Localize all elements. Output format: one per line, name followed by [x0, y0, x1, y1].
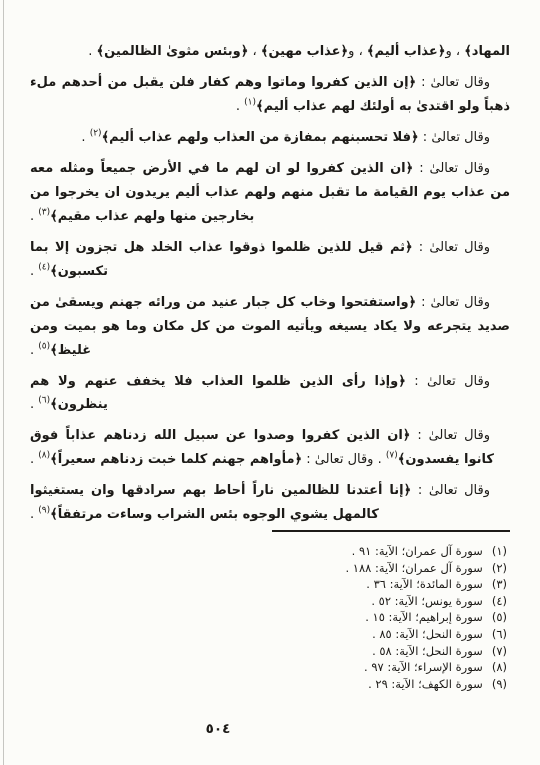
narration-text: ، و	[348, 44, 367, 59]
quran-quote: ﴿وإذا رأى الذين ظلموا العذاب فلا يخفف عن…	[30, 374, 406, 389]
quran-quote: ذهباً ولو اقتدىٰ به أولئك لهم عذاب أليم﴾	[256, 99, 510, 114]
footnote-marker: (١)	[492, 543, 507, 560]
narration-text: ، و	[445, 44, 464, 59]
footnote-marker: (٩)	[492, 676, 507, 693]
footnote-item: (٨)سورة الإسراء؛ الآية: ٩٧ .	[30, 659, 507, 676]
body-text: المهاد﴾ ، و﴿عذاب أليم﴾ ، و﴿عذاب مهين﴾ ، …	[30, 40, 510, 526]
quran-quote: كانوا يفسدون﴾	[398, 452, 494, 467]
body-line: من عذاب يوم القيامة ما تقبل منهم ولهم عذ…	[30, 181, 510, 205]
quran-quote: ينظرون﴾	[50, 397, 108, 412]
quran-quote: بخارجين منها ولهم عذاب مقيم﴾	[50, 209, 254, 224]
body-line: غليظ﴾(٥) .	[30, 339, 510, 362]
narration-text: .	[88, 44, 96, 59]
book-page: المهاد﴾ ، و﴿عذاب أليم﴾ ، و﴿عذاب مهين﴾ ، …	[0, 0, 540, 765]
body-line: وقال تعالىٰ : ﴿ثم قيل للذين ظلموا ذوقوا …	[30, 236, 510, 260]
footnote-ref: (٦)	[38, 396, 50, 406]
narration-text: .	[373, 452, 385, 467]
page-number: ٥٠٤	[0, 721, 436, 737]
footnote-marker: (٢)	[492, 560, 507, 577]
narration-text: وقال تعالىٰ :	[302, 452, 373, 467]
narration-text: وقال تعالىٰ :	[413, 240, 490, 255]
quran-quote: تكسبون﴾	[50, 264, 108, 279]
narration-text: ،	[248, 44, 260, 59]
quran-quote: ﴿وبئس مثوىٰ الظالمين﴾	[97, 44, 249, 59]
body-line: تكسبون﴾(٤) .	[30, 260, 510, 283]
footnote-text: سورة آل عمران؛ الآية: ١٨٨ .	[345, 561, 482, 575]
footnote-text: سورة المائدة؛ الآية: ٣٦ .	[366, 577, 483, 591]
body-line: وقال تعالىٰ : ﴿فلا تحسبنهم بمفازة من الع…	[30, 126, 510, 149]
body-line: بخارجين منها ولهم عذاب مقيم﴾(٣) .	[30, 205, 510, 228]
narration-text: .	[236, 99, 244, 114]
quran-quote: كالمهل يشوي الوجوه بئس الشراب وساءت مرتف…	[50, 507, 379, 522]
body-line: وقال تعالىٰ : ﴿واستفتحوا وخاب كل جبار عن…	[30, 291, 510, 315]
footnote-item: (٩)سورة الكهف؛ الآية: ٢٩ .	[30, 676, 507, 693]
footnote-marker: (٣)	[492, 576, 507, 593]
footnote-marker: (٦)	[492, 626, 507, 643]
footnote-text: سورة الإسراء؛ الآية: ٩٧ .	[364, 660, 483, 674]
footnote-ref: (٣)	[38, 208, 50, 218]
body-line: صديد يتجرعه ولا يكاد يسيغه ويأتيه الموت …	[30, 315, 510, 339]
body-line: وقال تعالىٰ : ﴿إن الذين كفروا وماتوا وهم…	[30, 71, 510, 95]
quran-quote: ﴿عذاب مهين﴾	[261, 44, 348, 59]
quran-quote: ﴿عذاب أليم﴾	[367, 44, 446, 59]
narration-text: وقال تعالىٰ :	[406, 374, 490, 389]
footnote-marker: (٨)	[492, 659, 507, 676]
body-line: المهاد﴾ ، و﴿عذاب أليم﴾ ، و﴿عذاب مهين﴾ ، …	[30, 40, 510, 63]
footnote-ref: (٩)	[38, 506, 50, 516]
footnote-ref: (٨)	[38, 451, 50, 461]
footnote-text: سورة آل عمران؛ الآية: ٩١ .	[352, 544, 483, 558]
footnote-ref: (٥)	[38, 342, 50, 352]
footnote-ref: (١)	[244, 98, 256, 108]
footnote-ref: (٢)	[90, 129, 102, 139]
footnote-marker: (٤)	[492, 593, 507, 610]
footnote-item: (٢)سورة آل عمران؛ الآية: ١٨٨ .	[30, 560, 507, 577]
quran-quote: ﴿مأواهم جهنم كلما خبت زدناهم سعيراً﴾	[50, 452, 302, 467]
narration-text: وقال تعالىٰ :	[416, 295, 490, 310]
footnote-text: سورة يونس؛ الآية: ٥٢ .	[371, 594, 482, 608]
footnotes: (١)سورة آل عمران؛ الآية: ٩١ .(٢)سورة آل …	[30, 543, 507, 692]
footnote-text: سورة النحل؛ الآية: ٥٨ .	[372, 644, 483, 658]
footnote-text: سورة النحل؛ الآية: ٨٥ .	[372, 627, 483, 641]
body-line: كالمهل يشوي الوجوه بئس الشراب وساءت مرتف…	[30, 503, 510, 526]
narration-text: وقال تعالىٰ :	[419, 130, 490, 145]
quran-quote: من عذاب يوم القيامة ما تقبل منهم ولهم عذ…	[30, 185, 510, 205]
footnote-text: سورة الكهف؛ الآية: ٢٩ .	[368, 677, 483, 691]
quran-quote: المهاد﴾	[464, 44, 510, 59]
body-line: ينظرون﴾(٦) .	[30, 393, 510, 416]
footnote-text: سورة إبراهيم؛ الآية: ١٥ .	[365, 610, 483, 624]
footnote-item: (٣)سورة المائدة؛ الآية: ٣٦ .	[30, 576, 507, 593]
body-line: وقال تعالىٰ : ﴿ان الذين كفروا لو ان لهم …	[30, 157, 510, 181]
footnote-item: (٤)سورة يونس؛ الآية: ٥٢ .	[30, 593, 507, 610]
body-line: وقال تعالىٰ : ﴿ان الذين كفروا وصدوا عن س…	[30, 424, 510, 448]
quran-quote: غليظ﴾	[50, 343, 91, 358]
narration-text: .	[81, 130, 89, 145]
quran-quote: صديد يتجرعه ولا يكاد يسيغه ويأتيه الموت …	[30, 319, 510, 339]
footnote-ref: (٧)	[386, 451, 398, 461]
footnote-ref: (٤)	[38, 263, 50, 273]
footnote-item: (٥)سورة إبراهيم؛ الآية: ١٥ .	[30, 609, 507, 626]
quran-quote: ﴿فلا تحسبنهم بمفازة من العذاب ولهم عذاب …	[102, 130, 419, 145]
footnote-item: (٦)سورة النحل؛ الآية: ٨٥ .	[30, 626, 507, 643]
body-line: كانوا يفسدون﴾(٧) . وقال تعالىٰ : ﴿مأواهم…	[30, 448, 510, 471]
body-line: وقال تعالىٰ : ﴿وإذا رأى الذين ظلموا العذ…	[30, 370, 510, 393]
body-line: وقال تعالىٰ : ﴿إنا أعتدنا للظالمين ناراً…	[30, 479, 510, 503]
footnote-marker: (٥)	[492, 609, 507, 626]
footnote-separator	[272, 530, 510, 532]
body-line: ذهباً ولو اقتدىٰ به أولئك لهم عذاب أليم﴾…	[30, 95, 510, 118]
narration-text: وقال تعالىٰ :	[411, 483, 490, 498]
narration-text: وقال تعالىٰ :	[410, 428, 490, 443]
footnote-marker: (٧)	[492, 643, 507, 660]
footnote-item: (٧)سورة النحل؛ الآية: ٥٨ .	[30, 643, 507, 660]
page-edge-shadow	[3, 0, 4, 765]
narration-text: وقال تعالىٰ :	[413, 161, 490, 176]
footnote-item: (١)سورة آل عمران؛ الآية: ٩١ .	[30, 543, 507, 560]
narration-text: وقال تعالىٰ :	[416, 75, 490, 90]
